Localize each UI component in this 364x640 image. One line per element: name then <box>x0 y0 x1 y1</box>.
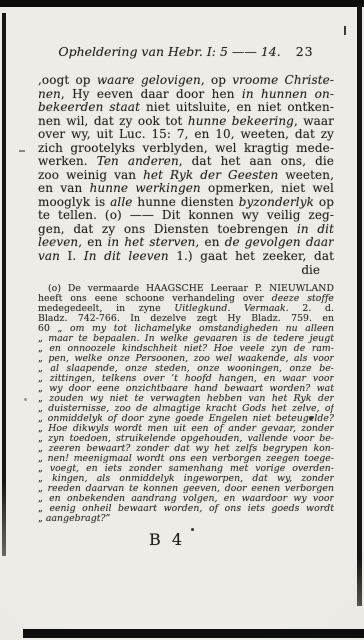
footnote-line: „ al slaapende, onze steden, onze woonin… <box>38 364 334 374</box>
footnote-line: „ wy door eene onzichtbaare hand bewaart… <box>38 384 334 394</box>
footnote-line: „ onmiddelyk of door zyne goede Engelen … <box>38 414 334 424</box>
body-text-line: mooglyk is alle hunne diensten byzonderl… <box>38 196 334 210</box>
footnote-line: „ maar te bepaalen. In welke gevaaren is… <box>38 334 334 344</box>
footnote-line: „ zouden wy niet te verwagten hebben van… <box>38 394 334 404</box>
page-number: 23 <box>296 44 314 59</box>
scan-edge-left <box>2 13 6 556</box>
footnote-line: medegedeelt, in zyne Uitlegkund. Vermaak… <box>38 304 334 314</box>
body-text-line: bekeerden staat niet uitsluite, en niet … <box>38 101 334 115</box>
scan-speck <box>24 398 27 401</box>
body-text-line: zich grootelyks verblyden, wel kragtig m… <box>38 142 334 156</box>
footnote-line: „ nen! meenigmaal wordt ons een verborge… <box>38 454 334 464</box>
body-text: ,oogt op waare gelovigen, op vroome Chri… <box>38 74 334 277</box>
catchword-row: die <box>38 263 334 277</box>
body-text-line: nen, Hy eeven daar door hen in hunnen on… <box>38 88 334 102</box>
footnote-line: „ Hoe dikwyls wordt men uit een of ander… <box>38 424 334 434</box>
footnote-line: „ kingen, als onmiddelyk ingeworpen, dat… <box>38 474 334 484</box>
body-text-line: zoo weinig van het Ryk der Geesten weete… <box>38 169 334 183</box>
footnote-line: „ zeeren bewaart? zonder dat wy het zelf… <box>38 444 334 454</box>
scan-edge-bottom <box>23 629 364 638</box>
footnote-line: „ zyn toedoen, struikelende opgehouden, … <box>38 434 334 444</box>
running-header: Opheldering van Hebr. I: 5 —— 14. 23 <box>38 44 334 59</box>
scan-speck <box>344 26 346 35</box>
footnote: (o) De vermaarde HAAGSCHE Leeraar P. NIE… <box>38 284 334 524</box>
footnote-line: „ eenig onheil bewaart worden, of ons ie… <box>38 504 334 514</box>
book-page-scan: Opheldering van Hebr. I: 5 —— 14. 23 ,oo… <box>0 0 364 640</box>
footnote-line: „ pen, welke onze Persoonen, zoo wel waa… <box>38 354 334 364</box>
footnote-line: „ aangebragt?” <box>38 514 334 524</box>
running-header-title: Opheldering van Hebr. I: 5 —— 14. <box>58 44 280 59</box>
body-text-line: werken. Ten anderen, dat het aan ons, di… <box>38 155 334 169</box>
scan-speck <box>19 150 25 152</box>
footnote-line: „ en onnoozele kindschheit niet? Hoe vee… <box>38 344 334 354</box>
signature-mark: B 4 <box>19 530 315 549</box>
footnote-line: „ zittingen, telkens over ’t hoofd hange… <box>38 374 334 384</box>
body-text-line: over wy, uit Luc. 15: 7, en 10, weeten, … <box>38 128 334 142</box>
footnote-line: „ en onbekenden aandrang volgen, en waar… <box>38 494 334 504</box>
body-text-line: ,oogt op waare gelovigen, op vroome Chri… <box>38 74 334 88</box>
scan-edge-top <box>0 0 364 7</box>
footnote-line: 60 „ om my tot lichamelyke omstandighede… <box>38 324 334 334</box>
footnote-line: (o) De vermaarde HAAGSCHE Leeraar P. NIE… <box>38 284 334 294</box>
page-content: Opheldering van Hebr. I: 5 —— 14. 23 ,oo… <box>38 44 334 549</box>
body-text-line: gen, dat zy ons Diensten toebrengen in d… <box>38 223 334 237</box>
catchword: die <box>301 263 320 277</box>
footnote-line: „ duisternisse, zoo de almagtige kracht … <box>38 404 334 414</box>
footnote-line: Bladz. 742-766. In dezelve zegt Hy Bladz… <box>38 314 334 324</box>
body-text-line: nen wil, dat zy ook tot hunne bekeering,… <box>38 115 334 129</box>
body-text-line: van I. In dit leeven 1.) gaat het zeeker… <box>38 250 334 264</box>
footnote-line: „ voegt, en iets zonder samenhang met vo… <box>38 464 334 474</box>
footnote-line: heeft ons eene schoone verhandeling over… <box>38 294 334 304</box>
body-text-line: leeven, en in het sterven, en de gevolge… <box>38 236 334 250</box>
body-text-line: te tellen. (o) —— Dit konnen wy veilig z… <box>38 209 334 223</box>
body-text-line: en van hunne werkingen opmerken, niet we… <box>38 182 334 196</box>
footnote-line: „ reeden daarvan te konnen geeven, door … <box>38 484 334 494</box>
scan-edge-right <box>357 5 362 606</box>
